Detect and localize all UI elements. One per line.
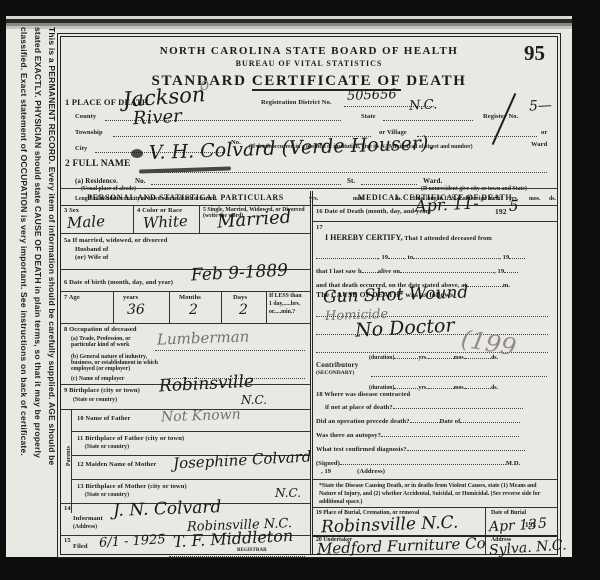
certify-line3: that I last saw halive on, 19 [316,263,518,275]
txt: Was there an autopsy? [316,432,381,439]
ink-blot [131,149,143,158]
margin-line: This is a PERMANENT RECORD. Every item o… [45,27,59,547]
certificate-paper: This is a PERMANENT RECORD. Every item o… [6,16,572,557]
color-race-value: White [143,214,189,231]
divider [61,233,310,234]
yr: , 19 [494,268,504,275]
informant-address-label: (Address) [73,524,97,530]
age-months-label: Months [179,294,201,301]
birthplace-state-label: (State or country) [73,397,117,403]
registration-district-label: Registration District No. [261,99,332,106]
divider [71,409,72,513]
age-less2-label: 1 day,.....hrs. [269,301,300,307]
township-value: River [133,108,183,129]
divider [71,431,310,432]
cause-value-3: No Doctor [355,316,455,340]
place-of-burial-value: Robinsville N.C. [321,515,459,537]
residence-label: (a) Residence. [75,177,118,185]
certificate-form: NORTH CAROLINA STATE BOARD OF HEALTH BUR… [60,36,558,555]
secondary-label: (SECONDARY) [316,370,354,376]
scan-edge [6,26,572,29]
page-number: 95 [524,41,545,66]
contributory-duration-line: (duration)yrs.mos.ds. [369,379,498,391]
txt: Date of [440,418,461,425]
certify-bold: I HEREBY CERTIFY, [325,233,403,242]
age-label: 7 Age [64,294,80,301]
yr: , 19 [378,254,388,261]
last-saw: that I last saw h [316,268,362,275]
occupation-b-label: (b) General nature of industry, business… [71,354,166,372]
age-less3-label: or.....min.? [269,309,295,315]
personal-column: PERSONAL AND STATISTICAL PARTICULARS 3 S… [61,191,313,554]
filed-label: Filed [73,543,88,550]
divider [113,291,114,323]
txt: (Signed) [316,460,340,467]
mos: mos. [454,385,465,391]
cause-value-1: Gun Shot Wound [323,284,469,306]
ds: ds. [491,385,498,391]
residence-st-label: St. [347,177,355,185]
marital-value: Married [216,208,291,231]
certify-num: 17 [316,224,323,231]
divider [61,323,310,324]
death-year-written: 5 [509,199,519,214]
residence-no-label: No. [135,177,146,185]
txt: Did an operation precede death? [316,418,410,425]
test-line: What test confirmed diagnosis? [316,441,525,453]
township-label: Township [75,129,103,136]
margin-line: stated EXACTLY. PHYSICIAN should state C… [31,27,45,547]
date-of-death-value: Apr. 11- [415,195,479,214]
divider [169,291,170,323]
state-label: State [361,113,376,120]
txt: if not at place of death? [325,404,393,411]
board-title: NORTH CAROLINA STATE BOARD OF HEALTH [61,45,557,57]
undertaker-value: Medford Furniture Co [317,536,486,557]
m: m. [503,282,510,289]
birthplace-label: 9 Birthplace (city or town) [64,387,140,394]
filed-num: 15 [64,537,71,544]
mother-name-label: 12 Maiden Name of Mother [77,461,156,468]
bureau-title: BUREAU OF VITAL STATISTICS [61,59,557,68]
yrs: yrs. [418,385,427,391]
filed-date-value: 6/1 - 1925 [99,533,166,549]
divider [221,291,222,323]
residence-ward-label: Ward. [423,177,442,185]
certify-line1: I HEREBY CERTIFY, That I attended deceas… [325,233,492,242]
undertaker-address-value: Sylva. N.C. [489,538,567,557]
father-name-value: Not Known [161,408,241,425]
or-label: or [541,129,547,136]
age-years-label: years [123,294,138,301]
city-label: City [75,145,87,152]
mother-birthplace-label: 13 Birthplace of Mother (city or town) [77,483,187,490]
divider [266,291,267,323]
age-days-value: 2 [239,303,248,317]
mother-birthplace-value: N.C. [275,487,301,499]
occupation-label: 8 Occupation of deceased [64,326,137,333]
divider [133,205,134,233]
father-name-label: 10 Name of Father [77,415,131,422]
year-address-line: , 19(Address) [321,468,385,475]
divider [313,479,557,480]
county-label: County [75,113,96,120]
txt: (Address) [357,468,385,475]
registration-district-value: 505656 [347,88,397,103]
yrs: yrs. [418,355,427,361]
husband-of-label: Husband of [75,246,108,253]
yr: , 19 [499,254,509,261]
age-years-value: 36 [127,303,145,317]
date-of-birth-label: 6 Date of birth (month, day, and year) [64,279,173,286]
informant-num: 14 [64,505,71,512]
cause-duration-line: (duration)yrs.mos.ds. [369,349,498,361]
alive-on: alive on [378,268,400,275]
personal-header: PERSONAL AND STATISTICAL PARTICULARS [61,193,310,202]
register-no-label: Register No. [483,113,518,120]
date-of-birth-value: Feb 9-1889 [191,262,289,284]
ward-label: Ward [531,141,547,148]
father-birthplace-label: 11 Birthplace of Father (city or town) [77,435,184,442]
informant-name-value: J. N. Colvard [113,499,222,520]
where-contracted-label2: if not at place of death? [325,399,523,411]
autopsy-line: Was there an autopsy? [316,427,519,439]
informant-label: Informant [73,515,103,522]
mother-birthplace-state-label: (State or country) [85,492,129,498]
date-of-burial-label: Date of Burial [491,510,526,516]
divider [61,291,310,292]
sex-value: Male [67,214,106,231]
mother-name-value: Josephine Colvard [173,449,312,471]
txt: , 19 [321,468,331,475]
married-to-label: 5a If married, widowed, or divorced [64,237,167,244]
birthplace-state-value: N.C. [241,394,267,406]
divider [199,205,200,233]
divider [313,221,557,222]
txt: M.D. [506,460,520,467]
burial-year-printed: 192 [525,521,536,529]
divider [61,188,557,189]
burial-year-written: 5 [538,517,547,531]
contributory-label: Contributory [316,361,358,369]
date-of-death-label: 16 Date of Death (month, day, and year) [316,208,431,215]
margin-line: classified. Exact statement of OCCUPATIO… [17,27,31,547]
age-days-label: Days [233,294,247,301]
full-name-label: 2 FULL NAME [65,159,131,169]
signed-line: (Signed)M.D. [316,455,520,467]
scanned-death-certificate: This is a PERMANENT RECORD. Every item o… [0,0,600,580]
columns: PERSONAL AND STATISTICAL PARTICULARS 3 S… [61,191,557,554]
occupation-a-label: (a) Trade, Profession, or particular kin… [71,336,153,348]
txt: What test confirmed diagnosis? [316,446,407,453]
father-birthplace-state-label: (State or country) [85,444,129,450]
age-months-value: 2 [189,303,198,317]
ds: ds. [491,355,498,361]
margin-instructions: This is a PERMANENT RECORD. Every item o… [17,27,59,547]
divider [61,205,310,206]
divider [313,507,557,508]
age-less1-label: If LESS than [269,293,302,299]
title-part: DEATH [401,73,467,89]
death-year-printed: 192 [495,207,507,216]
registrar-label: REGISTRAR [237,548,267,553]
to: , to [404,254,413,261]
full-name-value: V. H. Colvard (Verde Houser). [149,134,435,163]
state-value: N.C. [409,98,438,112]
operation-line: Did an operation precede death?Date of [316,413,520,425]
violent-causes-footnote: *State the Disease Causing Death, or in … [319,483,547,506]
occupation-c-label: (c) Name of employer [71,376,124,382]
certify-line2: , 19, to, 19 [316,249,525,261]
certify-rest: That I attended deceased from [403,235,492,242]
wife-of-label: (or) Wife of [75,254,108,261]
divider [71,479,310,480]
register-no-value: 5— [529,98,553,113]
where-contracted-label: 18 Where was disease contracted [316,391,410,398]
duration-label: (duration) [369,355,394,361]
mos: mos. [454,355,465,361]
medical-column: MEDICAL CERTIFICATE OF DEATH 16 Date of … [313,191,557,554]
